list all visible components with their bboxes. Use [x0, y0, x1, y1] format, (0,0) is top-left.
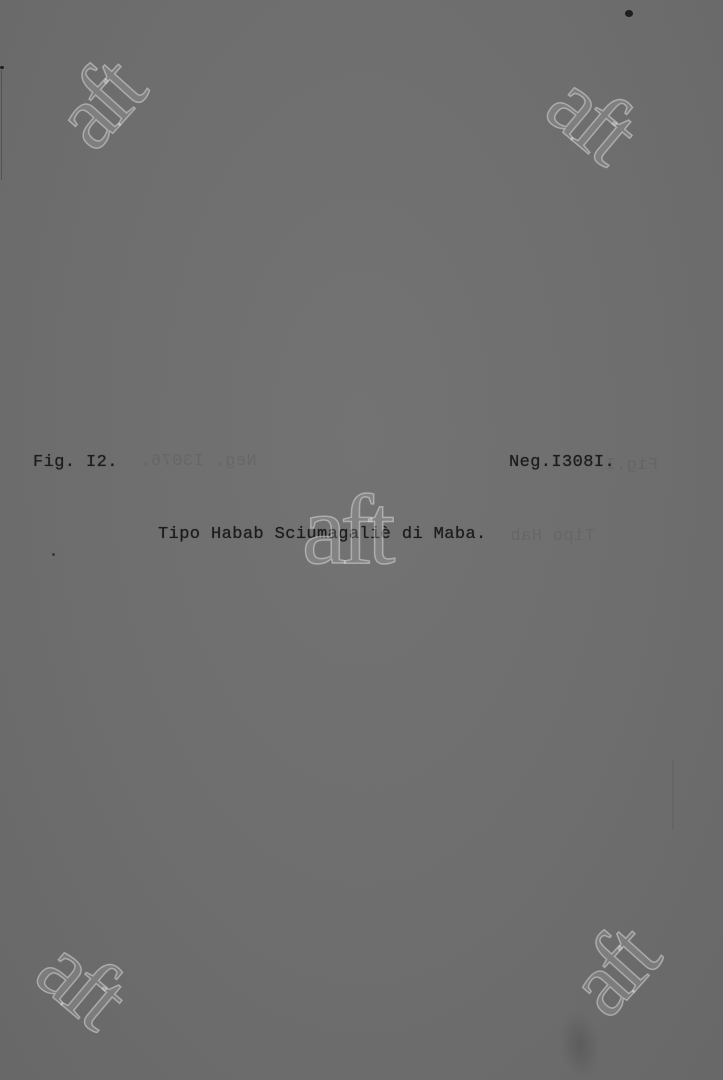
edge-mark: [1, 70, 2, 180]
figure-label: Fig. I2.: [33, 453, 118, 472]
ink-speck: [0, 66, 4, 69]
scratch-mark: [672, 760, 674, 830]
watermark-logo: aft: [532, 55, 652, 176]
bleed-through-neg: Neg. I3076.: [140, 452, 257, 471]
watermark-logo: aft: [37, 44, 158, 164]
negative-number: Neg.I308I.: [509, 453, 615, 472]
watermark-logo: aft: [22, 920, 142, 1041]
ink-speck: [625, 10, 633, 17]
ink-speck: [52, 553, 55, 556]
watermark-logo: aft: [302, 480, 389, 580]
scanned-card: Neg. I3076. Fig.I Tipo Hab Fig. I2. Neg.…: [0, 0, 723, 1080]
bleed-through-caption: Tipo Hab: [510, 527, 595, 546]
smudge-mark: [555, 1008, 604, 1080]
